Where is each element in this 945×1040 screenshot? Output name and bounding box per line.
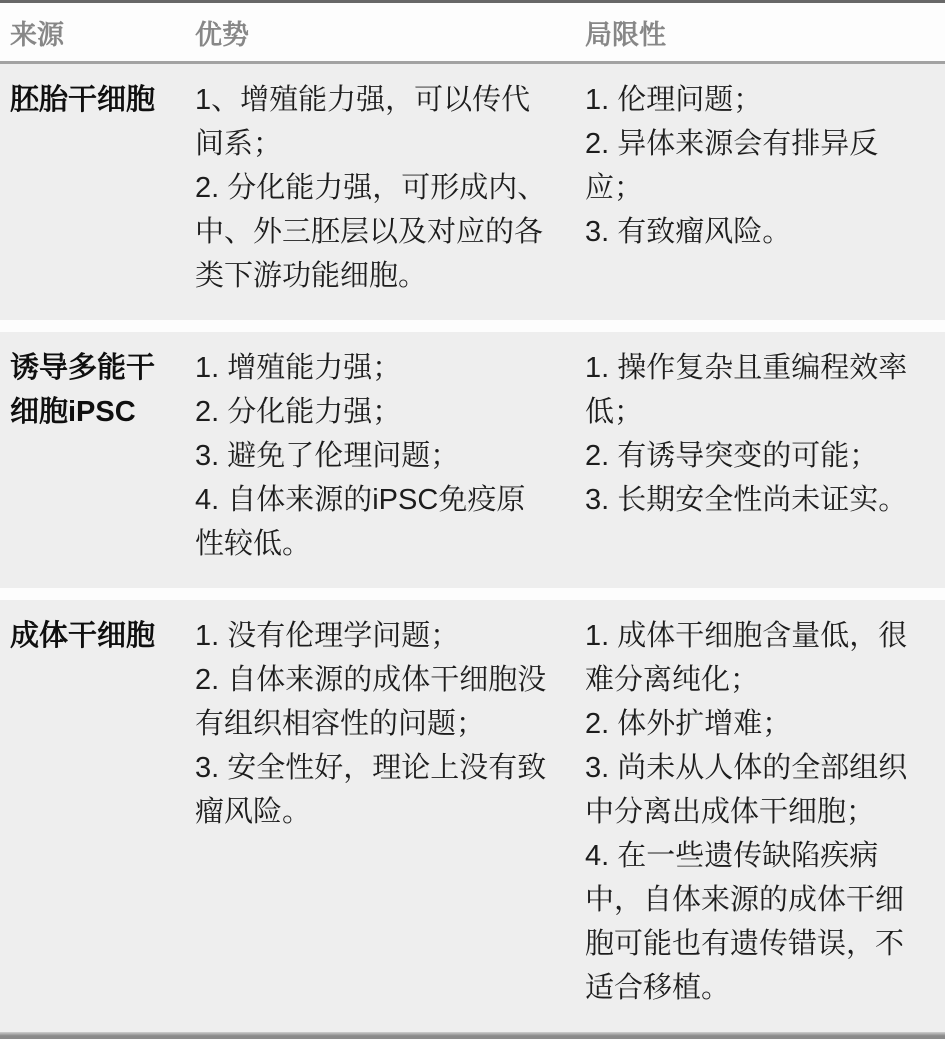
advantages-cell: 1. 增殖能力强； 2. 分化能力强； 3. 避免了伦理问题； 4. 自体来源的… xyxy=(195,346,585,566)
table-row: 成体干细胞 1. 没有伦理学问题； 2. 自体来源的成体干细胞没有组织相容性的问… xyxy=(0,600,945,1032)
limitation-item: 3. 长期安全性尚未证实。 xyxy=(585,478,930,522)
limitations-cell: 1. 操作复杂且重编程效率低； 2. 有诱导突变的可能； 3. 长期安全性尚未证… xyxy=(585,346,945,566)
limitation-item: 2. 体外扩增难； xyxy=(585,702,930,746)
column-header-limitations: 局限性 xyxy=(585,13,945,52)
advantage-item: 1、增殖能力强，可以传代间系； xyxy=(195,78,550,166)
advantage-item: 4. 自体来源的iPSC免疫原性较低。 xyxy=(195,478,550,566)
advantage-item: 2. 分化能力强； xyxy=(195,390,550,434)
limitations-cell: 1. 伦理问题； 2. 异体来源会有排异反应； 3. 有致瘤风险。 xyxy=(585,78,945,298)
source-cell: 胚胎干细胞 xyxy=(10,78,195,298)
column-header-advantages: 优势 xyxy=(195,13,585,52)
limitations-cell: 1. 成体干细胞含量低，很难分离纯化； 2. 体外扩增难； 3. 尚未从人体的全… xyxy=(585,614,945,1010)
limitation-item: 3. 尚未从人体的全部组织中分离出成体干细胞； xyxy=(585,746,930,834)
comparison-table: 来源 优势 局限性 胚胎干细胞 1、增殖能力强，可以传代间系； 2. 分化能力强… xyxy=(0,3,945,1032)
advantages-cell: 1. 没有伦理学问题； 2. 自体来源的成体干细胞没有组织相容性的问题； 3. … xyxy=(195,614,585,1010)
limitation-item: 1. 操作复杂且重编程效率低； xyxy=(585,346,930,434)
source-cell: 成体干细胞 xyxy=(10,614,195,1010)
column-header-source: 来源 xyxy=(10,13,195,52)
advantages-cell: 1、增殖能力强，可以传代间系； 2. 分化能力强，可形成内、中、外三胚层以及对应… xyxy=(195,78,585,298)
table-header-row: 来源 优势 局限性 xyxy=(0,3,945,64)
limitation-item: 2. 异体来源会有排异反应； xyxy=(585,122,930,210)
bottom-border-bar xyxy=(0,1032,945,1039)
limitation-item: 3. 有致瘤风险。 xyxy=(585,210,930,254)
limitation-item: 1. 伦理问题； xyxy=(585,78,930,122)
advantage-item: 3. 避免了伦理问题； xyxy=(195,434,550,478)
advantage-item: 1. 没有伦理学问题； xyxy=(195,614,550,658)
table-row: 诱导多能干细胞iPSC 1. 增殖能力强； 2. 分化能力强； 3. 避免了伦理… xyxy=(0,332,945,588)
limitation-item: 4. 在一些遗传缺陷疾病中，自体来源的成体干细胞可能也有遗传错误，不适合移植。 xyxy=(585,834,930,1010)
limitation-item: 2. 有诱导突变的可能； xyxy=(585,434,930,478)
advantage-item: 2. 分化能力强，可形成内、中、外三胚层以及对应的各类下游功能细胞。 xyxy=(195,166,550,298)
advantage-item: 1. 增殖能力强； xyxy=(195,346,550,390)
advantage-item: 2. 自体来源的成体干细胞没有组织相容性的问题； xyxy=(195,658,550,746)
limitation-item: 1. 成体干细胞含量低，很难分离纯化； xyxy=(585,614,930,702)
source-cell: 诱导多能干细胞iPSC xyxy=(10,346,195,566)
table-row: 胚胎干细胞 1、增殖能力强，可以传代间系； 2. 分化能力强，可形成内、中、外三… xyxy=(0,64,945,320)
advantage-item: 3. 安全性好，理论上没有致瘤风险。 xyxy=(195,746,550,834)
